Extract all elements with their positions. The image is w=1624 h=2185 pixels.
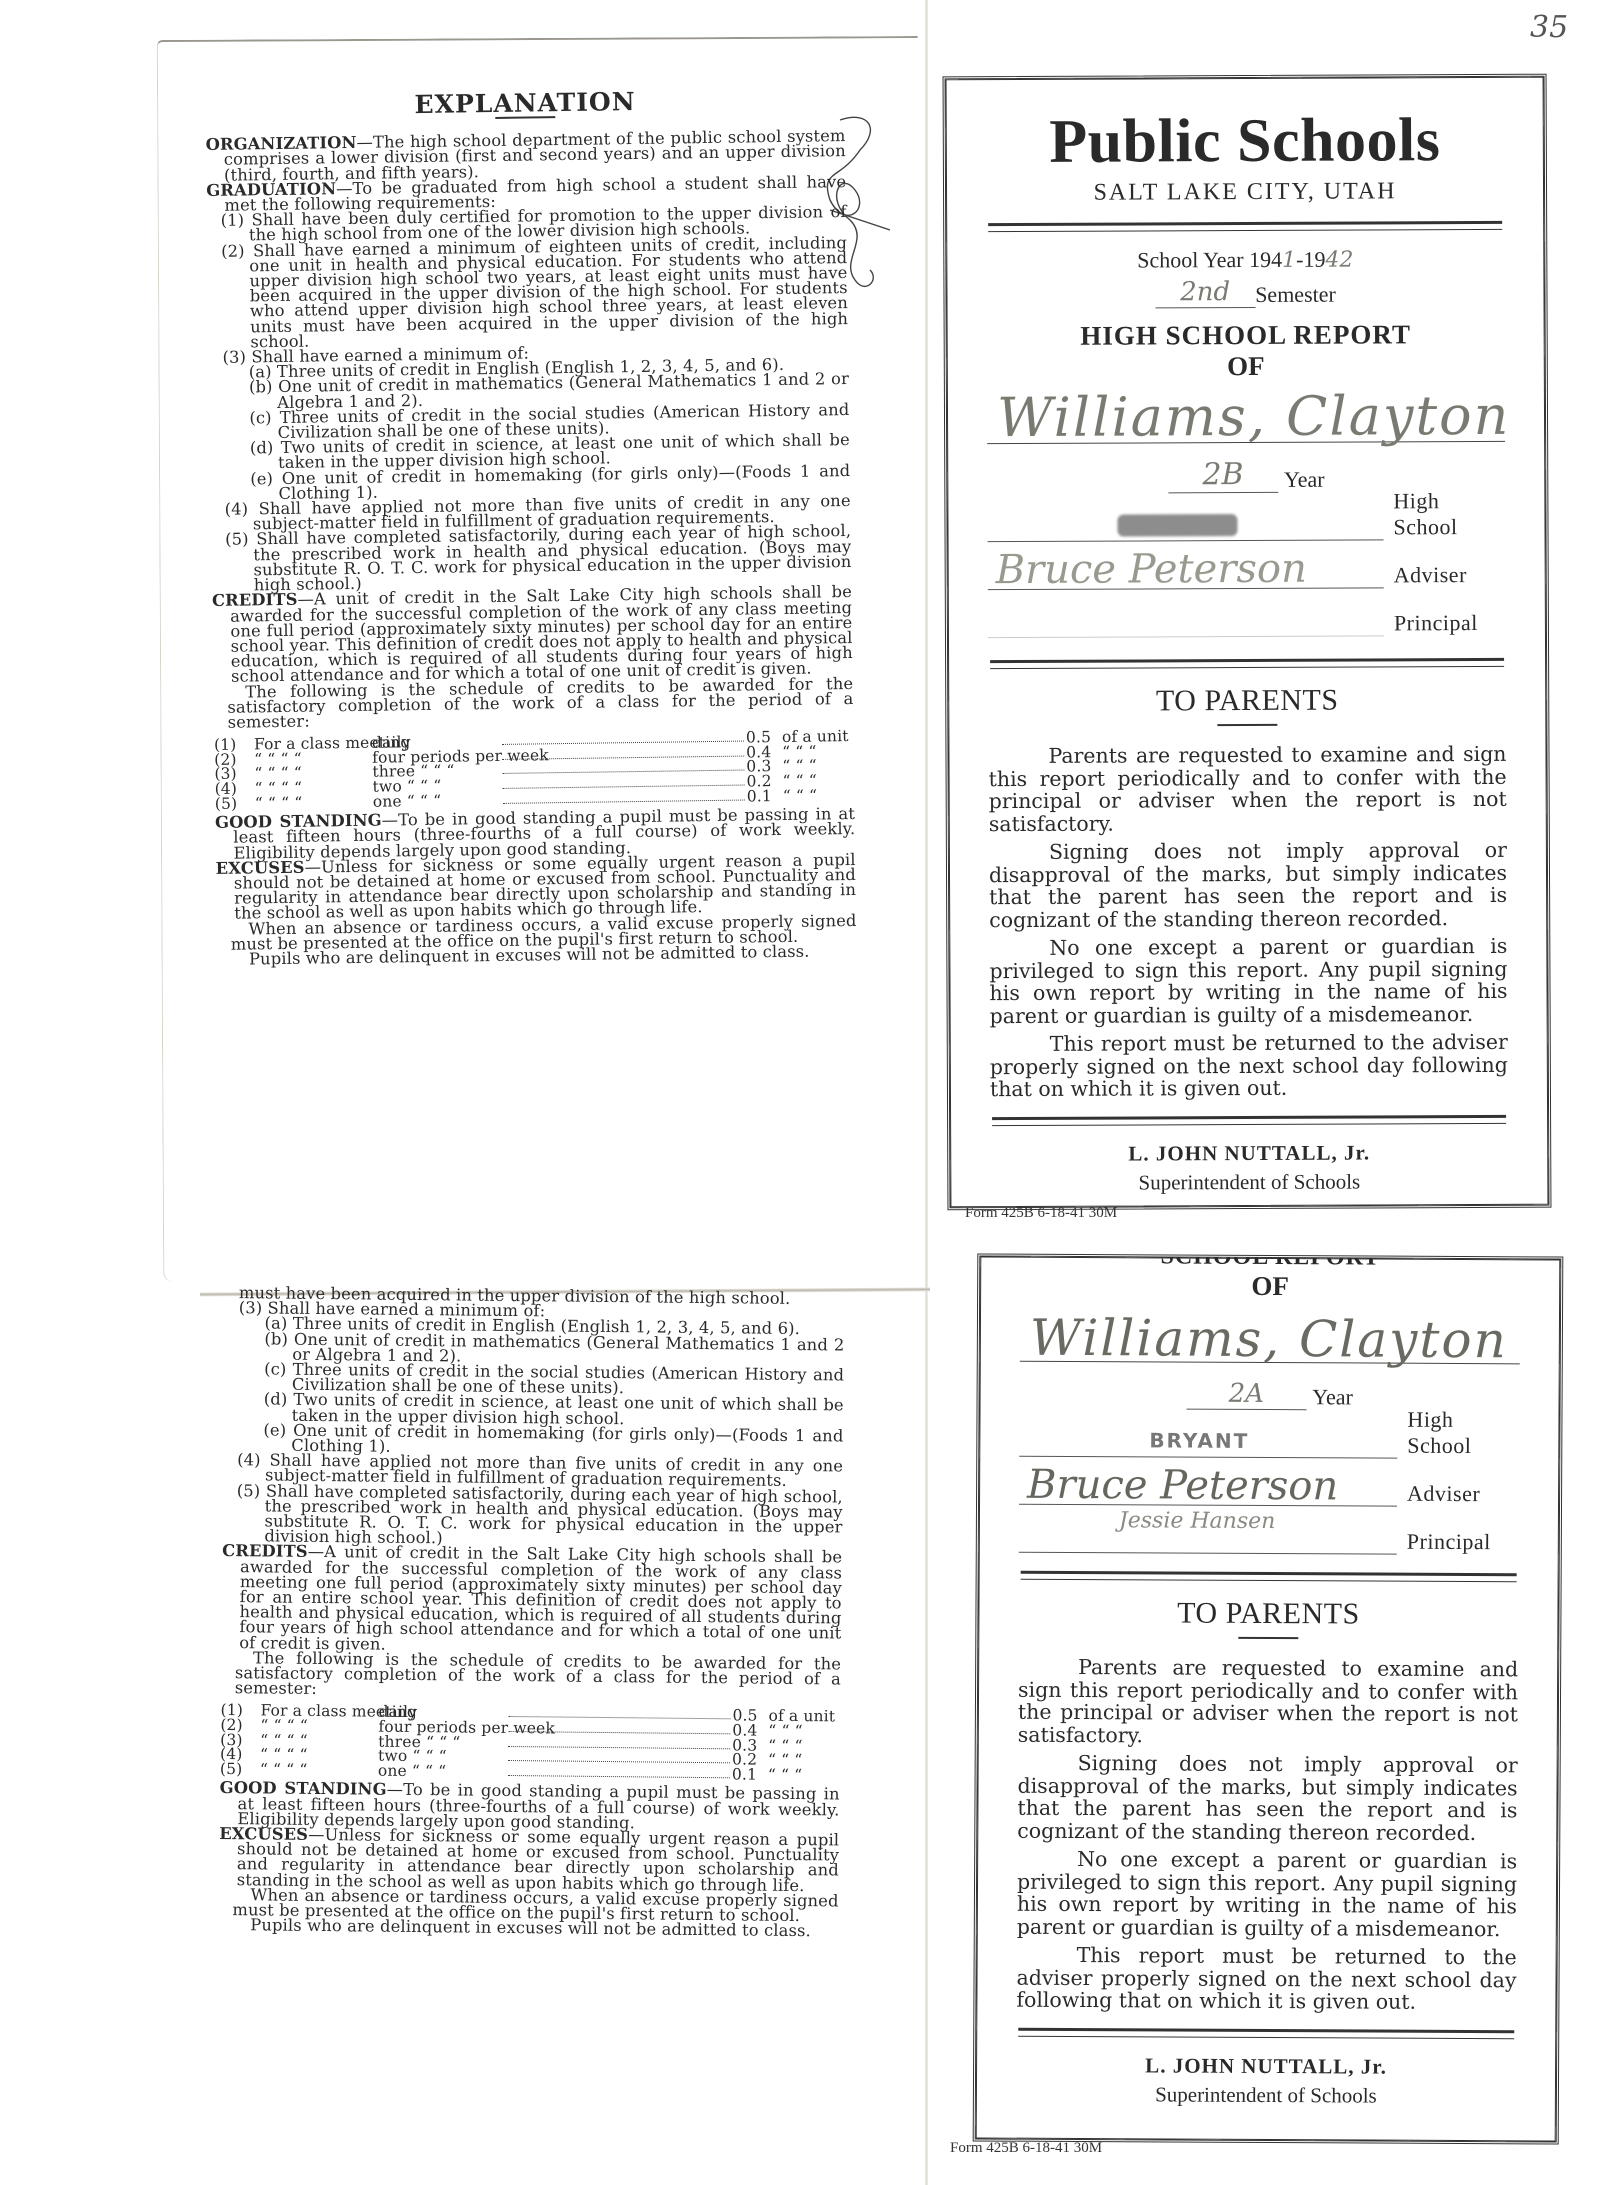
high-school-stamp-smudged	[1117, 514, 1237, 537]
semester-field: 2nd Semester	[958, 276, 1532, 310]
requirement-5: (5) Shall have completed satisfactorily,…	[222, 1483, 843, 1550]
principal-field: Jessie Hansen Principal	[1019, 1511, 1519, 1556]
to-parents-heading: TO PARENTS	[990, 1596, 1546, 1633]
student-name-field: Williams, Clayton	[987, 385, 1505, 444]
divider	[988, 221, 1502, 232]
divider	[992, 1114, 1506, 1125]
school-year-start-handwritten: 1	[1282, 248, 1296, 273]
delinquent-paragraph: Pupils who are delinquent in excuses wil…	[218, 1917, 838, 1939]
school-year: School Year 1941-1942	[958, 246, 1532, 275]
parents-notice: Parents are requested to examine and sig…	[1016, 1656, 1518, 2014]
credits-paragraph: CREDITS—A unit of credit in the Salt Lak…	[221, 1543, 842, 1656]
adviser-field: Bruce Peterson Adviser	[1019, 1463, 1519, 1508]
parents-notice: Parents are requested to examine and sig…	[988, 743, 1508, 1101]
credit-schedule: (1)For a class meetingdaily0.5of a unit …	[214, 729, 855, 811]
report-card-top: Public Schools SALT LAKE CITY, UTAH Scho…	[943, 74, 1552, 1211]
form-number: Form 425B 6-18-41 30M	[950, 2140, 1102, 2157]
year-handwritten: 2B	[1168, 457, 1278, 493]
student-name-handwritten: Williams, Clayton	[1030, 1309, 1560, 1370]
report-of: OF	[992, 1270, 1548, 1304]
adviser-signature: Bruce Peterson	[1027, 1462, 1338, 1510]
report-heading-partial: SCHOOL REPORT	[992, 1243, 1548, 1273]
page-fold-vertical	[925, 0, 928, 2185]
excuses-paragraph: EXCUSES—Unless for sickness or some equa…	[219, 1826, 840, 1893]
report-heading: HIGH SCHOOL REPORT	[959, 319, 1533, 353]
adviser-signature: Bruce Peterson	[996, 546, 1307, 593]
report-location: SALT LAKE CITY, UTAH	[958, 178, 1532, 208]
page-number: 35	[1530, 10, 1568, 45]
superintendent-title: Superintendent of Schools	[988, 2081, 1544, 2109]
report-title: Public Schools	[958, 105, 1532, 179]
student-name-handwritten: Williams, Clayton	[997, 384, 1545, 449]
high-school-field: High School	[987, 498, 1505, 542]
excuses-paragraph: EXCUSES—Unless for sickness or some equa…	[216, 852, 857, 922]
schedule-intro: The following is the schedule of credits…	[213, 676, 854, 731]
student-name-field: Williams, Clayton	[1020, 1305, 1520, 1365]
superintendent-name: L. JOHN NUTTALL, Jr.	[962, 1139, 1536, 1167]
explanation-bottom: must have been acquired in the upper div…	[218, 1285, 845, 1939]
to-parents-heading: TO PARENTS	[960, 683, 1534, 720]
divider	[1021, 1571, 1517, 1583]
schedule-intro: The following is the schedule of credits…	[221, 1650, 841, 1702]
explanation-top: EXPLANATION ORGANIZATION—The high school…	[205, 91, 857, 967]
divider	[990, 658, 1504, 669]
credit-schedule: (1)For a class meetingdaily0.5of a unit …	[220, 1703, 841, 1782]
form-number: Form 425B 6-18-41 30M	[965, 1205, 1117, 1222]
principal-field: Principal	[988, 594, 1506, 638]
year-handwritten: 2A	[1186, 1379, 1306, 1411]
superintendent-title: Superintendent of Schools	[962, 1168, 1536, 1196]
report-card-bottom: SCHOOL REPORT OF Williams, Clayton 2A Ye…	[973, 1253, 1564, 2144]
credits-paragraph: CREDITS—A unit of credit in the Salt Lak…	[212, 584, 853, 684]
divider	[1018, 2027, 1514, 2039]
semester-handwritten: 2nd	[1155, 277, 1255, 308]
report-of: OF	[959, 350, 1533, 384]
adviser-field: Bruce Peterson Adviser	[988, 546, 1506, 590]
high-school-stamp: BRYANT	[1149, 1428, 1249, 1453]
school-year-end-handwritten: 42	[1325, 248, 1353, 273]
high-school-field: BRYANT High School	[1019, 1415, 1519, 1460]
requirement-2: (2) Shall have earned a minimum of eight…	[207, 235, 848, 350]
superintendent-name: L. JOHN NUTTALL, Jr.	[988, 2052, 1544, 2080]
principal-signature: Jessie Hansen	[1119, 1508, 1276, 1534]
